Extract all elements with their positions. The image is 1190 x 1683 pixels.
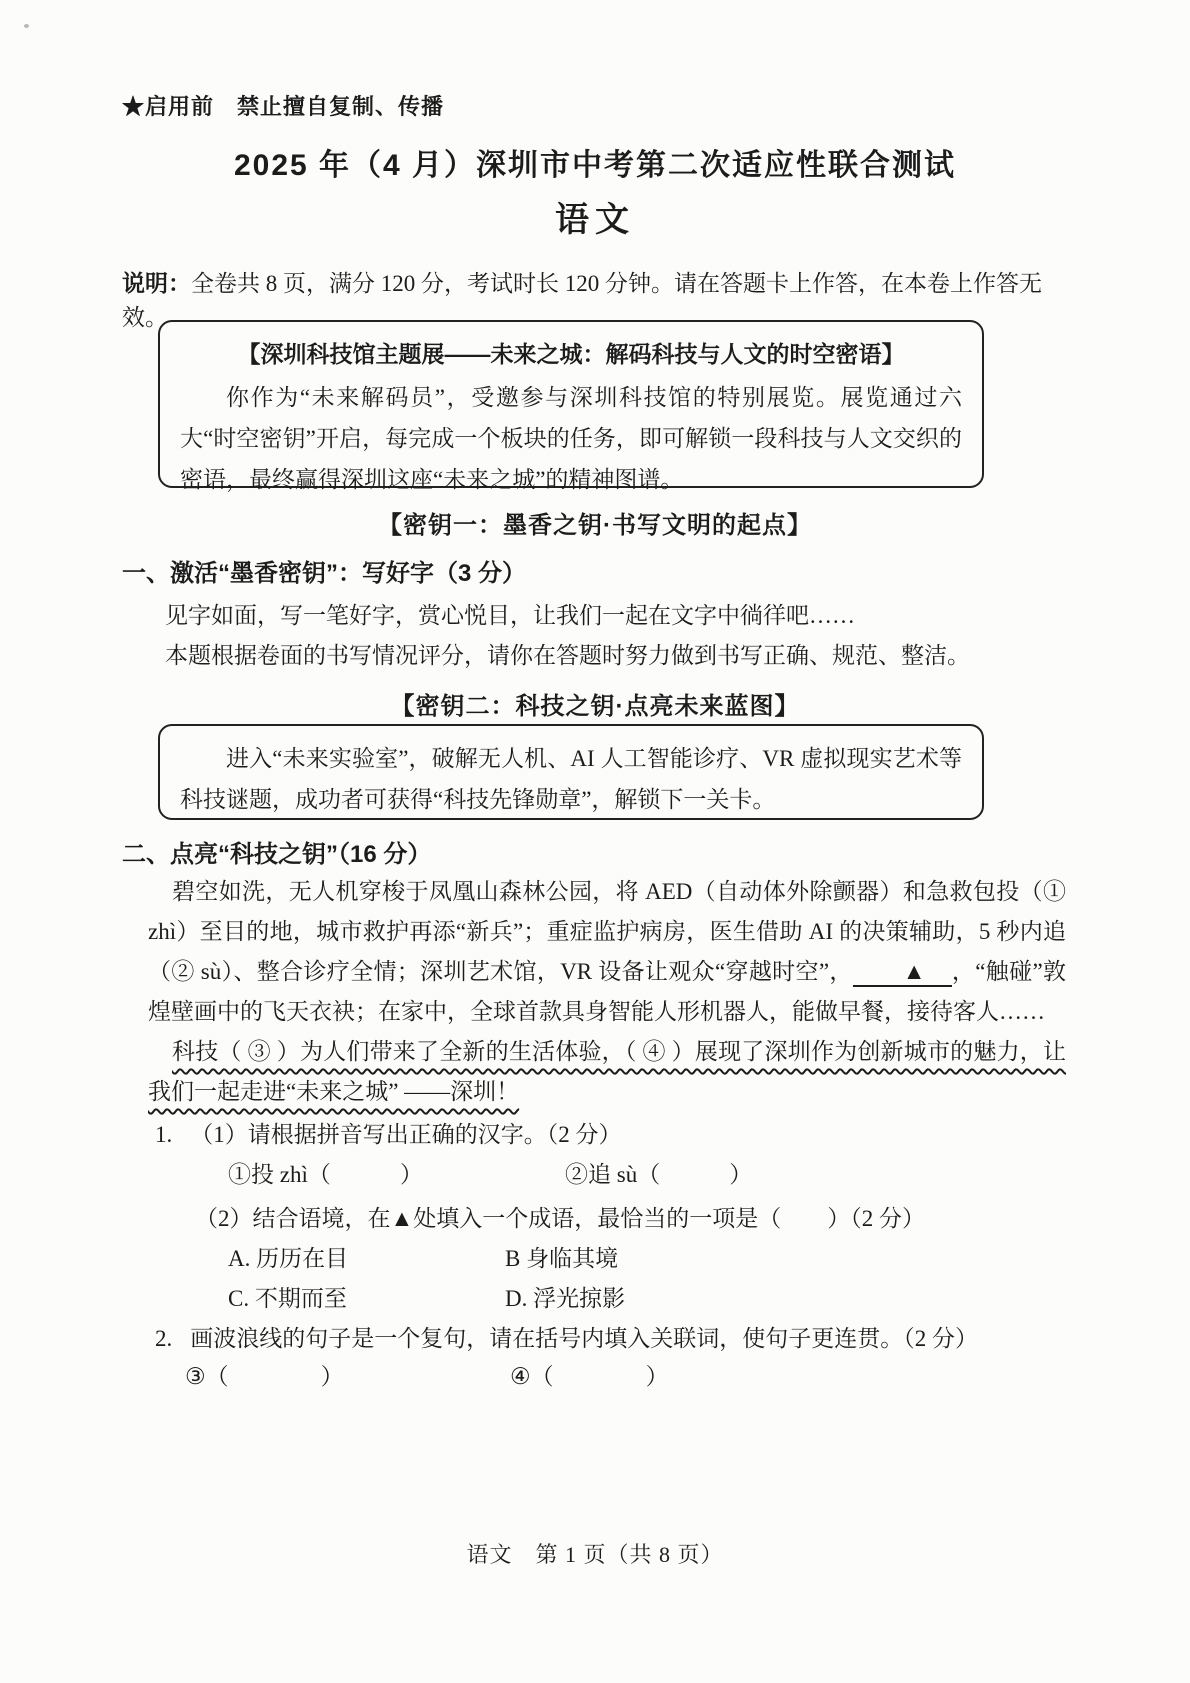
scan-artifact-dot <box>24 24 29 28</box>
tech-lab-box: 进入“未来实验室”，破解无人机、AI 人工智能诊疗、VR 虚拟现实艺术等科技谜题… <box>158 724 984 820</box>
section1-title: 一、激活“墨香密钥”：写好字（3 分） <box>122 553 526 588</box>
question1-part1: 1.（1）请根据拼音写出正确的汉字。（2 分） <box>155 1116 622 1149</box>
option-d: D. 浮光掠影 <box>505 1280 625 1313</box>
fill-blank-su: ②追 sù（ ） <box>565 1156 752 1189</box>
instructions-label: 说明： <box>122 270 191 296</box>
theme-intro-body: 你作为“未来解码员”，受邀参与深圳科技馆的特别展览。展览通过六大“时空密钥”开启… <box>180 377 962 500</box>
exam-scan-page: ★启用前 禁止擅自复制、传播 2025 年（4 月）深圳市中考第二次适应性联合测… <box>0 0 1190 1683</box>
option-c: C. 不期而至 <box>228 1280 347 1313</box>
tech-paragraph: 碧空如洗，无人机穿梭于凤凰山森林公园，将 AED（自动体外除颤器）和急救包投（①… <box>148 872 1066 1032</box>
writing-tip-line1: 见字如面，写一笔好字，赏心悦目，让我们一起在文字中徜徉吧…… <box>165 597 855 630</box>
theme-intro-box: 【深圳科技馆主题展——未来之城：解码科技与人文的时空密语】 你作为“未来解码员”… <box>158 320 984 488</box>
theme-intro-title: 【深圳科技馆主题展——未来之城：解码科技与人文的时空密语】 <box>180 336 962 369</box>
fill-blank-4: ④（ ） <box>510 1358 669 1391</box>
option-b: B 身临其境 <box>505 1240 618 1273</box>
option-a: A. 历历在目 <box>228 1240 348 1273</box>
fill-blank-zhi: ①投 zhì（ ） <box>228 1156 423 1189</box>
wavy-underlined-sentence: 科技（ ③ ）为人们带来了全新的生活体验，（ ④ ）展现了深圳作为创新城市的魅力… <box>148 1032 1066 1112</box>
question1-part2-text: （2）结合语境，在▲处填入一个成语，最恰当的一项是（ ）（2 分） <box>195 1200 925 1233</box>
tech-lab-box-body: 进入“未来实验室”，破解无人机、AI 人工智能诊疗、VR 虚拟现实艺术等科技谜题… <box>180 738 962 820</box>
question1-part1-text: （1）请根据拼音写出正确的汉字。（2 分） <box>190 1122 621 1147</box>
pre-use-notice: ★启用前 禁止擅自复制、传播 <box>122 90 444 121</box>
key2-heading: 【密钥二：科技之钥·点亮未来蓝图】 <box>0 686 1190 721</box>
fill-blank-3: ③（ ） <box>185 1358 344 1391</box>
exam-title: 2025 年（4 月）深圳市中考第二次适应性联合测试 <box>0 140 1190 184</box>
question2-number: 2. <box>155 1326 172 1352</box>
blank-triangle-mark: ▲ <box>853 959 952 987</box>
question1-number: 1. <box>155 1122 172 1148</box>
section2-title: 二、点亮“科技之钥”（16 分） <box>122 834 431 869</box>
question2: 2.画波浪线的句子是一个复句，请在括号内填入关联词，使句子更连贯。（2 分） <box>155 1320 978 1353</box>
question2-text: 画波浪线的句子是一个复句，请在括号内填入关联词，使句子更连贯。（2 分） <box>190 1326 978 1351</box>
subject-title: 语文 <box>0 192 1190 241</box>
page-footer: 语文 第 1 页（共 8 页） <box>0 1538 1190 1569</box>
key1-heading: 【密钥一：墨香之钥·书写文明的起点】 <box>0 505 1190 540</box>
writing-tip-line2: 本题根据卷面的书写情况评分，请你在答题时努力做到书写正确、规范、整洁。 <box>165 637 970 670</box>
